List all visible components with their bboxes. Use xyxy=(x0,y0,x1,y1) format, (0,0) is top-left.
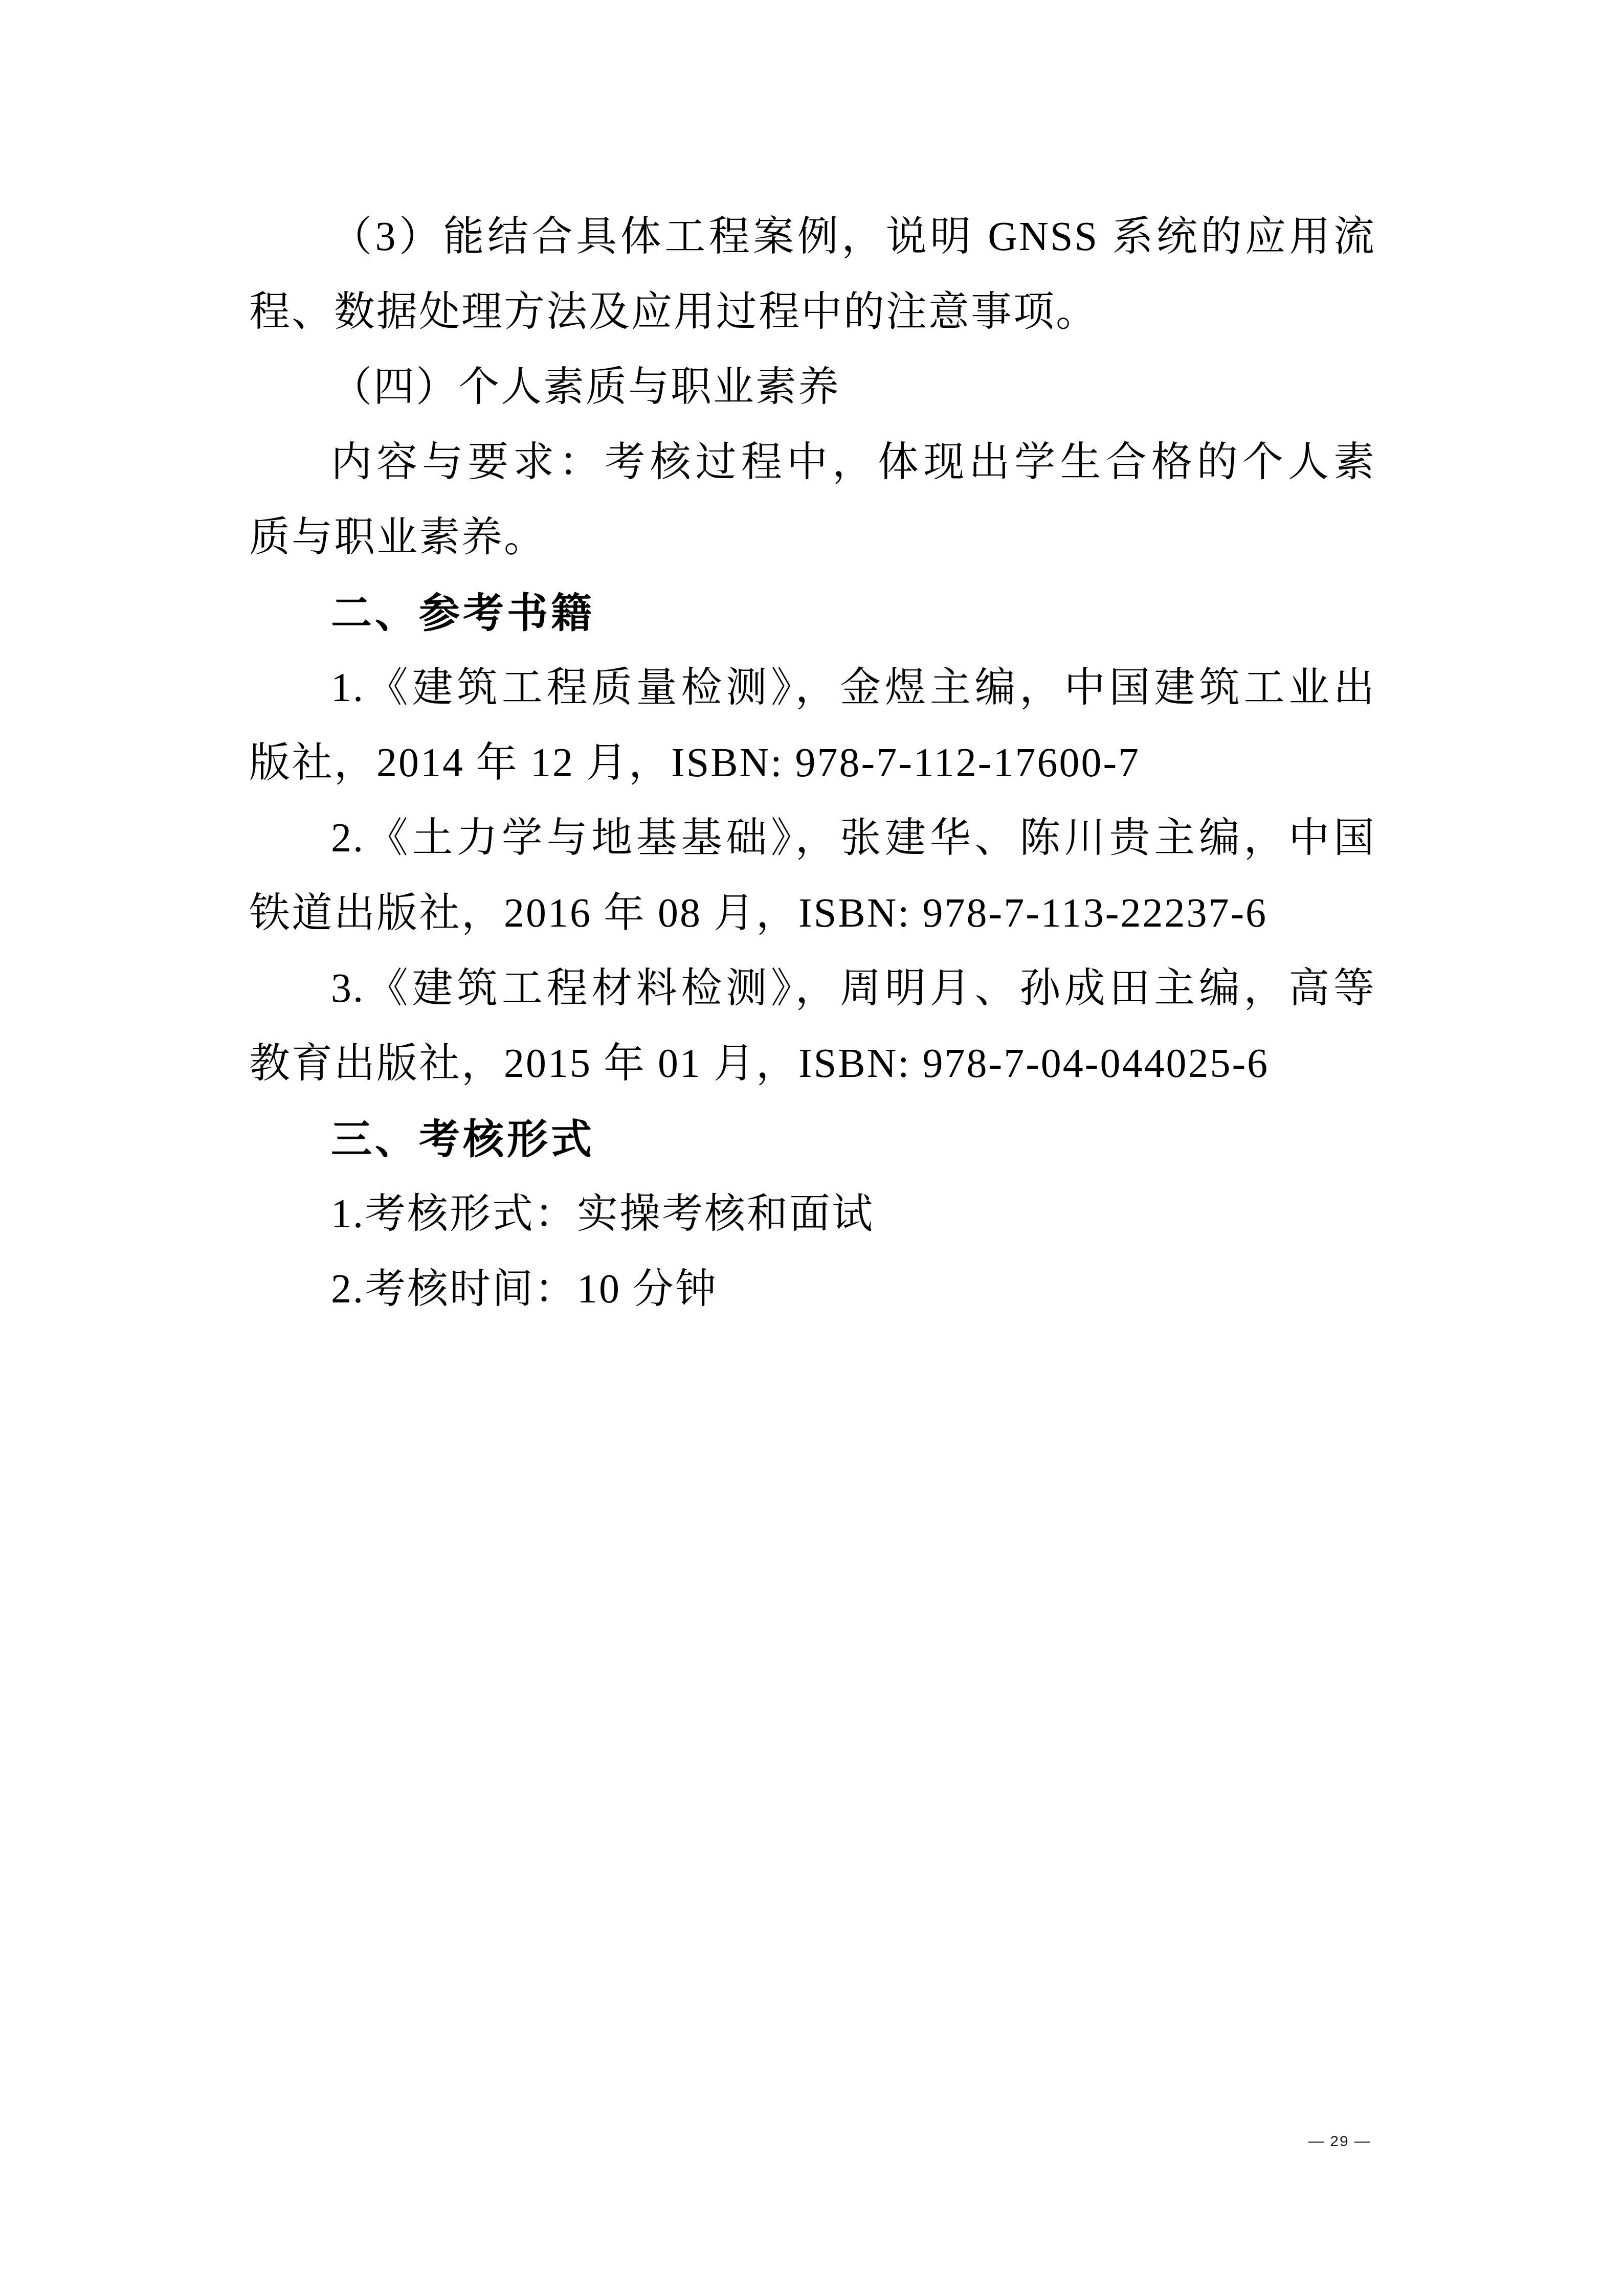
body-gnss-line-1: （3）能结合具体工程案例，说明 GNSS 系统的应用流 xyxy=(249,199,1376,275)
assessment-time-line: 2.考核时间：10 分钟 xyxy=(249,1252,1376,1327)
book-2-line-1: 2.《土力学与地基基础》，张建华、陈川贵主编，中国 xyxy=(249,801,1376,876)
document-body: （3）能结合具体工程案例，说明 GNSS 系统的应用流程、数据处理方法及应用过程… xyxy=(249,199,1376,1327)
heading-personal-quality: （四）个人素质与职业素养 xyxy=(249,350,1376,425)
page-number: — 29 — xyxy=(1308,2131,1371,2152)
book-3-line-2: 教育出版社，2015 年 01 月，ISBN: 978-7-04-044025-… xyxy=(249,1026,1376,1101)
body-gnss-line-2: 程、数据处理方法及应用过程中的注意事项。 xyxy=(249,275,1376,350)
document-page: （3）能结合具体工程案例，说明 GNSS 系统的应用流程、数据处理方法及应用过程… xyxy=(0,0,1624,2296)
book-1-line-1: 1.《建筑工程质量检测》，金煜主编，中国建筑工业出 xyxy=(249,650,1376,726)
section-heading-reference-books: 二、参考书籍 xyxy=(249,575,1376,650)
book-2-line-2: 铁道出版社，2016 年 08 月，ISBN: 978-7-113-22237-… xyxy=(249,876,1376,951)
section-heading-assessment-format: 三、考核形式 xyxy=(249,1101,1376,1177)
body-quality-line-2: 质与职业素养。 xyxy=(249,500,1376,575)
assessment-format-line: 1.考核形式：实操考核和面试 xyxy=(249,1177,1376,1252)
body-quality-line-1: 内容与要求：考核过程中，体现出学生合格的个人素 xyxy=(249,425,1376,500)
book-3-line-1: 3.《建筑工程材料检测》，周明月、孙成田主编，高等 xyxy=(249,951,1376,1026)
book-1-line-2: 版社，2014 年 12 月，ISBN: 978-7-112-17600-7 xyxy=(249,726,1376,801)
